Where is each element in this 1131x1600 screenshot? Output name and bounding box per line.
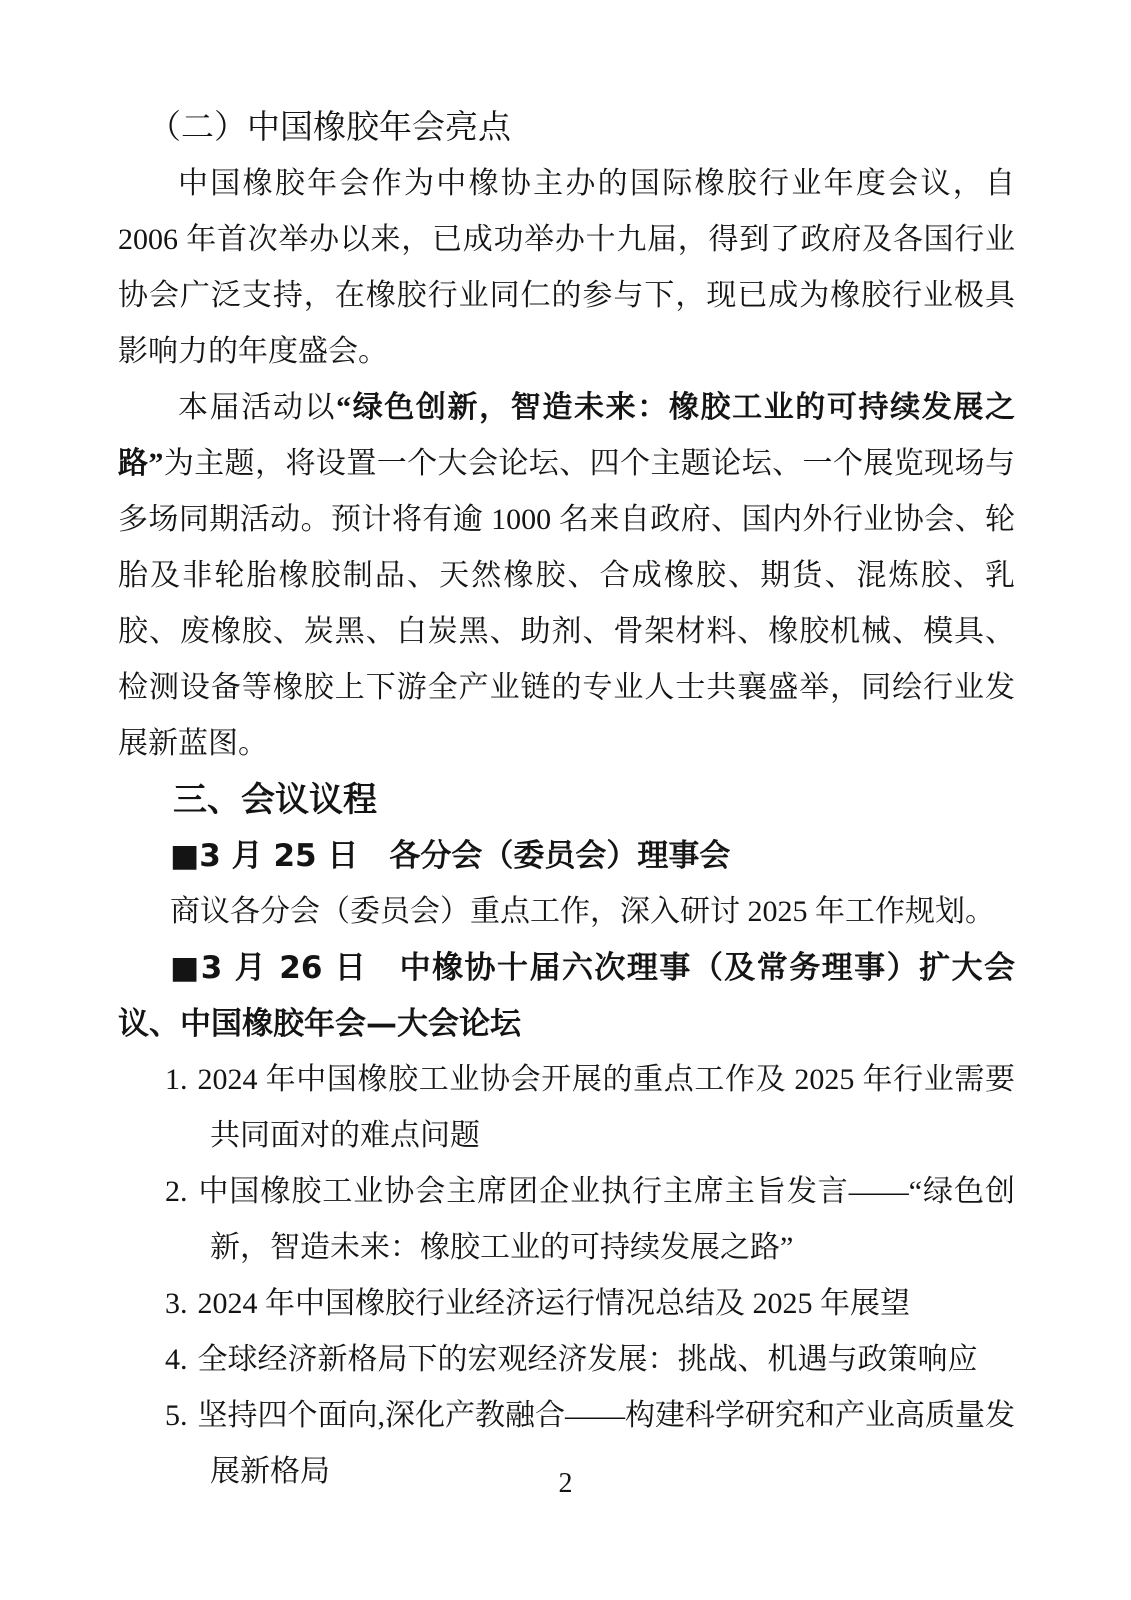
topic-number: 2. bbox=[165, 1175, 188, 1208]
intro-paragraph: 中国橡胶年会作为中橡协主办的国际橡胶行业年度会议，自 2006 年首次举办以来，… bbox=[118, 156, 1015, 380]
document-page: （二）中国橡胶年会亮点 中国橡胶年会作为中橡协主办的国际橡胶行业年度会议，自 2… bbox=[0, 0, 1131, 1600]
section-heading: （二）中国橡胶年会亮点 bbox=[118, 100, 1015, 156]
day1-description: 商议各分会（委员会）重点工作，深入研讨 2025 年工作规划。 bbox=[118, 884, 1015, 940]
forum-topic-list: 1.2024 年中国橡胶工业协会开展的重点工作及 2025 年行业需要共同面对的… bbox=[118, 1052, 1015, 1500]
day2-heading: ■3 月 26 日 中橡协十届六次理事（及常务理事）扩大会议、中国橡胶年会—大会… bbox=[118, 940, 1015, 1052]
forum-topic-item-3: 3.2024 年中国橡胶行业经济运行情况总结及 2025 年展望 bbox=[118, 1276, 1015, 1332]
theme-paragraph: 本届活动以“绿色创新，智造未来：橡胶工业的可持续发展之路”为主题，将设置一个大会… bbox=[118, 380, 1015, 772]
page-number: 2 bbox=[0, 1468, 1131, 1500]
topic-number: 3. bbox=[165, 1287, 188, 1320]
topic-text: 2024 年中国橡胶行业经济运行情况总结及 2025 年展望 bbox=[198, 1287, 911, 1320]
agenda-heading: 三、会议议程 bbox=[118, 772, 1015, 828]
topic-number: 4. bbox=[165, 1343, 188, 1376]
page-content: （二）中国橡胶年会亮点 中国橡胶年会作为中橡协主办的国际橡胶行业年度会议，自 2… bbox=[118, 100, 1015, 1500]
theme-prefix: 本届活动以 bbox=[178, 391, 336, 424]
topic-number: 5. bbox=[165, 1399, 188, 1432]
topic-text: 全球经济新格局下的宏观经济发展：挑战、机遇与政策响应 bbox=[198, 1343, 978, 1376]
topic-number: 1. bbox=[165, 1063, 188, 1096]
theme-suffix: 为主题，将设置一个大会论坛、四个主题论坛、一个展览现场与多场同期活动。预计将有逾… bbox=[118, 447, 1015, 760]
day1-heading: ■3 月 25 日 各分会（委员会）理事会 bbox=[118, 828, 1015, 884]
forum-topic-item-1: 1.2024 年中国橡胶工业协会开展的重点工作及 2025 年行业需要共同面对的… bbox=[118, 1052, 1015, 1164]
topic-text: 中国橡胶工业协会主席团企业执行主席主旨发言——“绿色创新，智造未来：橡胶工业的可… bbox=[198, 1175, 1016, 1264]
forum-topic-item-4: 4.全球经济新格局下的宏观经济发展：挑战、机遇与政策响应 bbox=[118, 1332, 1015, 1388]
forum-topic-item-2: 2.中国橡胶工业协会主席团企业执行主席主旨发言——“绿色创新，智造未来：橡胶工业… bbox=[118, 1164, 1015, 1276]
topic-text: 2024 年中国橡胶工业协会开展的重点工作及 2025 年行业需要共同面对的难点… bbox=[198, 1063, 1016, 1152]
